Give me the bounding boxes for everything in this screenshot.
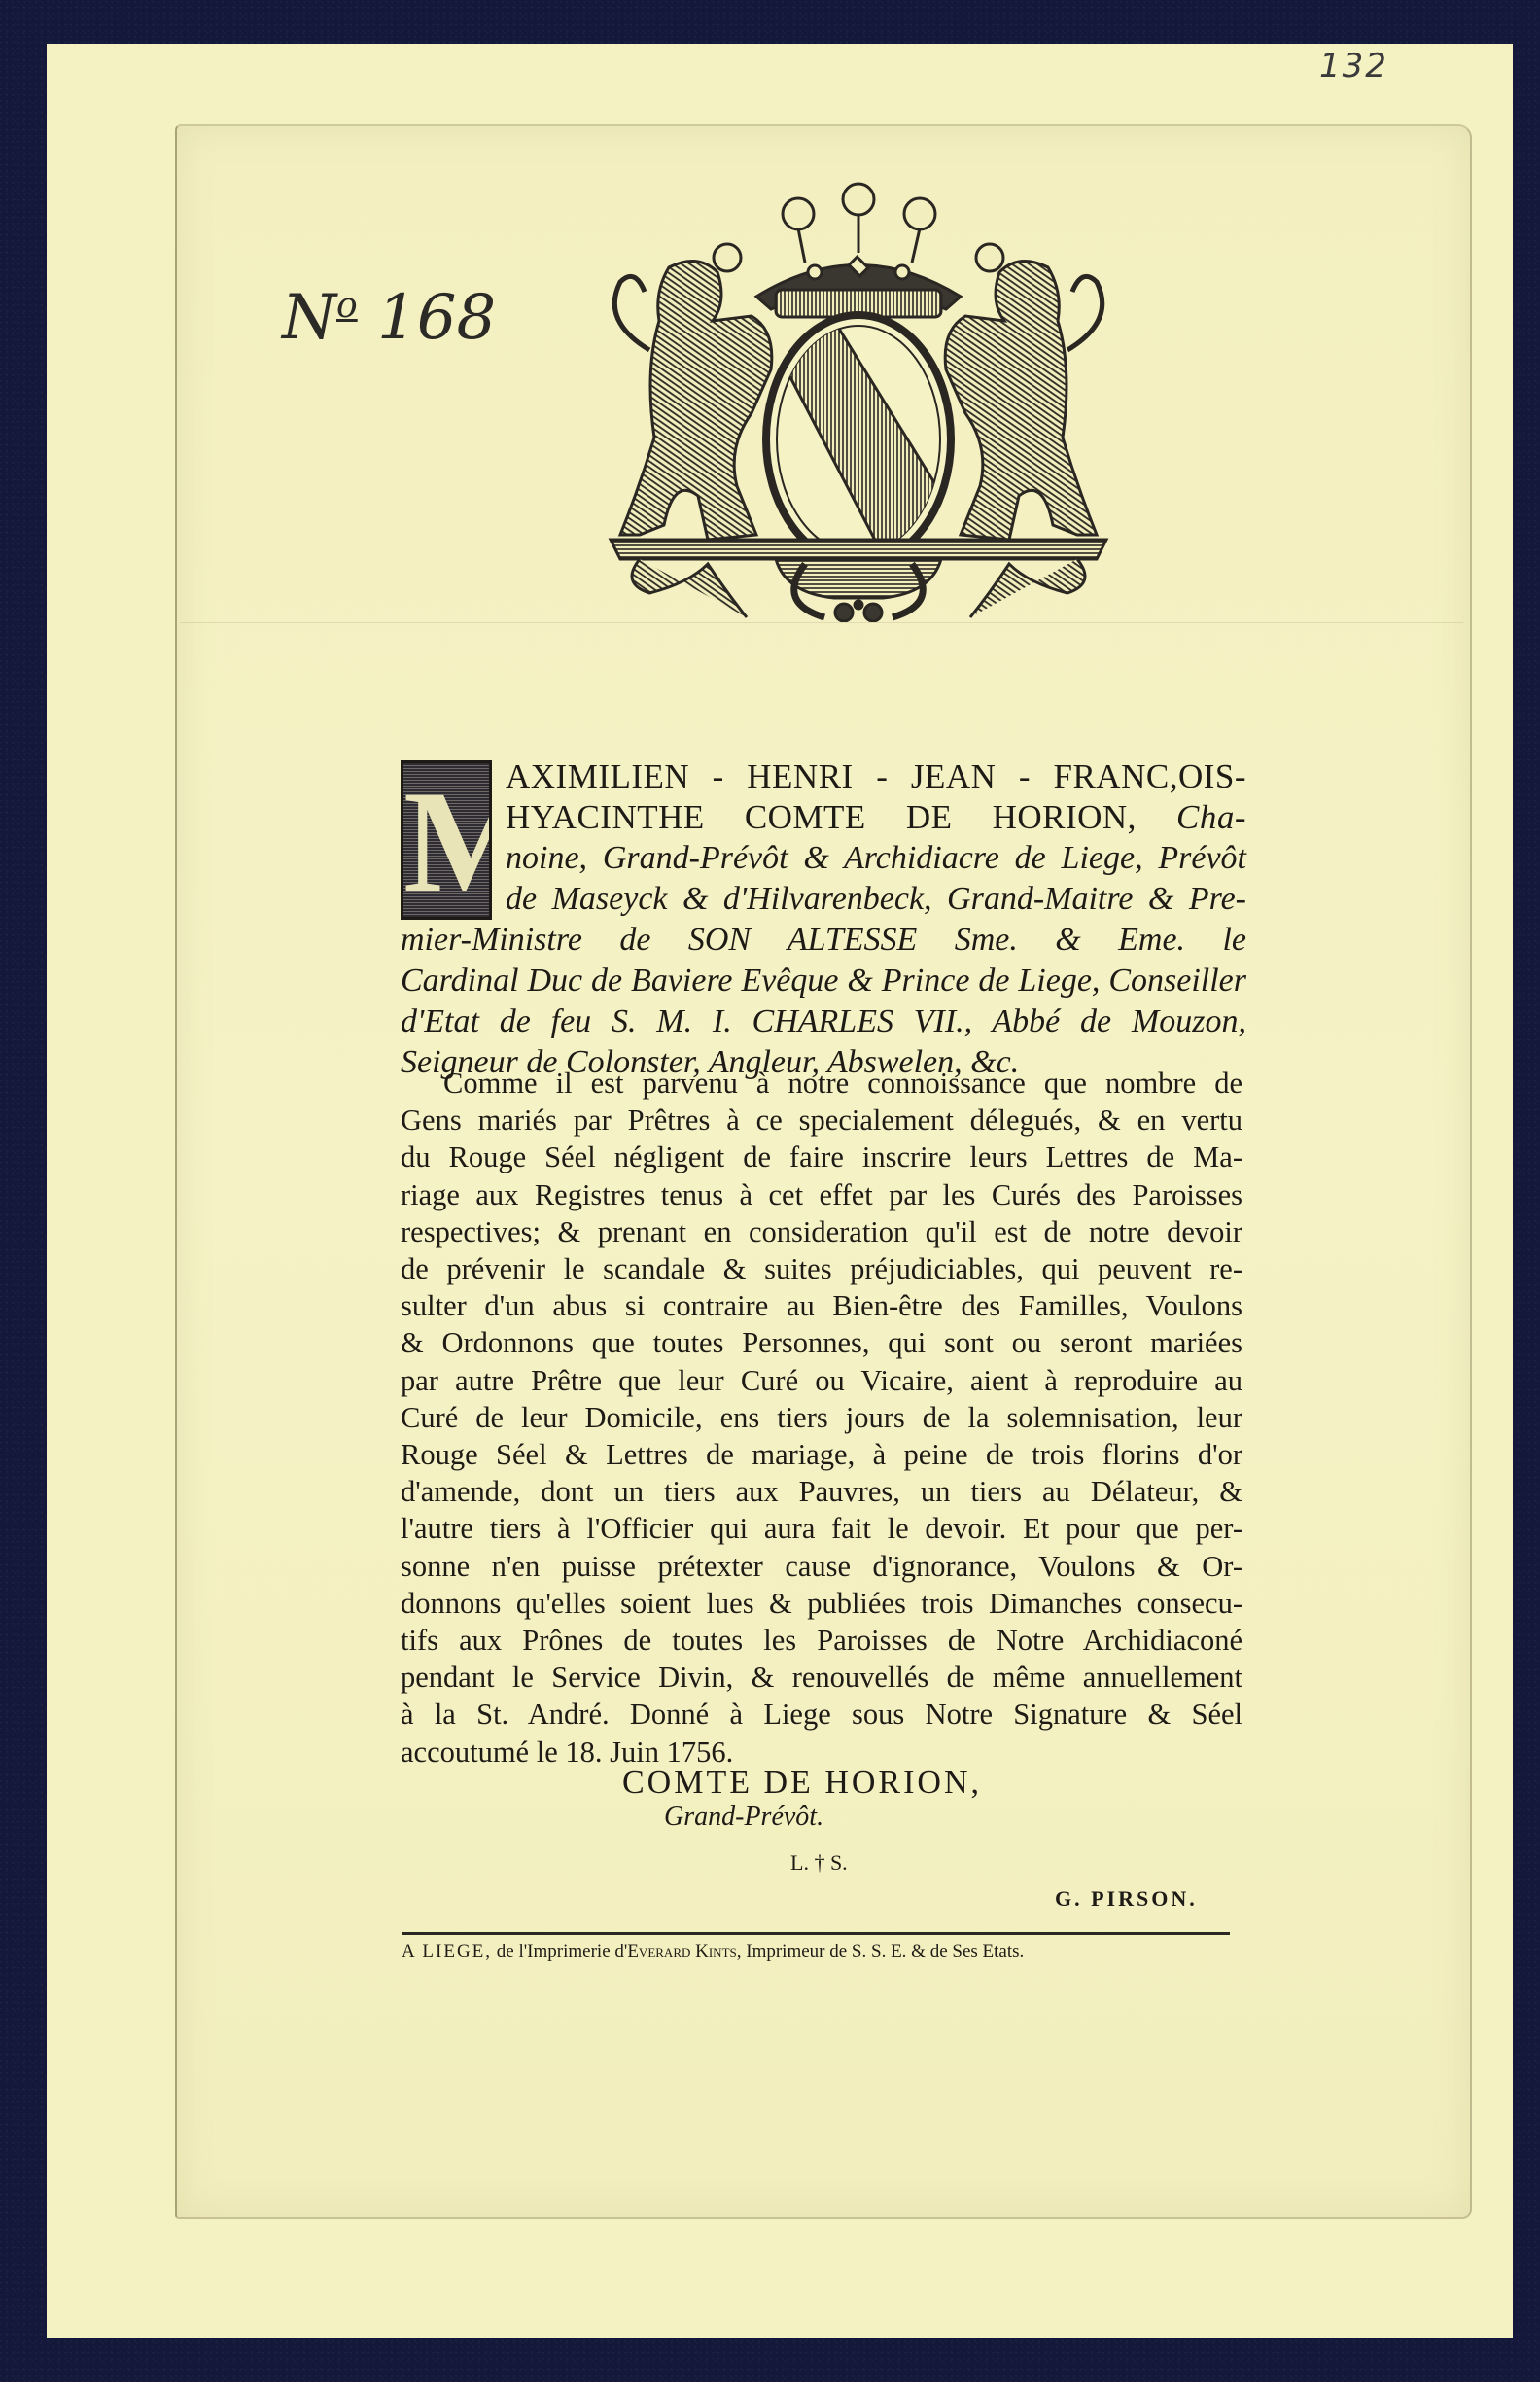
seal-mark: L. † S. <box>790 1850 848 1875</box>
signatory-title: Grand-Prévôt. <box>664 1802 823 1833</box>
heading-line: mier-Ministre de SON ALTESSE Sme. & Eme.… <box>401 920 1246 961</box>
body-line: pendant le Service Divin, & renouvellés … <box>401 1659 1242 1696</box>
body-line: riage aux Registres tenus à cet effet pa… <box>401 1176 1242 1213</box>
body-line: sonne n'en puisse prétexter cause d'igno… <box>401 1548 1242 1585</box>
ordinance-body: Comme il est parvenu à notre connoissanc… <box>401 1065 1242 1770</box>
body-line: respectives; & prenant en consideration … <box>401 1213 1242 1250</box>
body-line: Comme il est parvenu à notre connoissanc… <box>401 1065 1242 1102</box>
cartouche-base <box>611 540 1106 621</box>
ordinance-heading: M AXIMILIEN - HENRI - JEAN - FRANC,OIS- … <box>401 756 1246 1083</box>
heading-line: de Maseyck & d'Hilvarenbeck, Grand-Maitr… <box>401 879 1246 920</box>
body-line: par autre Prêtre que leur Curé ou Vicair… <box>401 1362 1242 1399</box>
imprint-divider <box>402 1932 1230 1935</box>
body-line: l'autre tiers à l'Officier qui aura fait… <box>401 1510 1242 1547</box>
shield <box>766 315 961 574</box>
body-line: du Rouge Séel négligent de faire inscrir… <box>401 1138 1242 1175</box>
body-line: d'amende, dont un tiers aux Pauvres, un … <box>401 1473 1242 1510</box>
heading-line: HYACINTHE COMTE DE HORION, Cha- <box>401 797 1246 838</box>
heading-line: d'Etat de feu S. M. I. CHARLES VII., Abb… <box>401 1001 1246 1042</box>
heading-line: Cardinal Duc de Baviere Evêque & Prince … <box>401 961 1246 1001</box>
body-line: tifs aux Prônes de toutes les Paroisses … <box>401 1622 1242 1659</box>
body-line: Gens mariés par Prêtres à ce specialemen… <box>401 1102 1242 1138</box>
body-line: à la St. André. Donné à Liege sous Notre… <box>401 1696 1242 1733</box>
signatory-name: COMTE DE HORION, <box>622 1765 982 1802</box>
lion-supporter-right <box>945 262 1102 540</box>
body-line: Curé de leur Domicile, ens tiers jours d… <box>401 1399 1242 1436</box>
body-line: de prévenir le scandale & suites préjudi… <box>401 1250 1242 1287</box>
body-line: sulter d'un abus si contraire au Bien-êt… <box>401 1287 1242 1324</box>
printer-imprint: A LIEGE, de l'Imprimerie d'Everard Kints… <box>402 1942 1230 1963</box>
heading-line: noine, Grand-Prévôt & Archidiacre de Lie… <box>401 838 1246 879</box>
handwritten-item-number: No 168 <box>282 282 496 354</box>
body-line: & Ordonnons que toutes Personnes, qui so… <box>401 1324 1242 1361</box>
archive-folio-number: 132 <box>1319 47 1388 86</box>
lion-supporter-left <box>614 262 772 540</box>
coronet <box>714 184 1003 317</box>
ornamental-dropcap: M <box>401 760 492 920</box>
heading-line: AXIMILIEN - HENRI - JEAN - FRANC,OIS- <box>401 756 1246 797</box>
coat-of-arms-icon <box>581 175 1136 622</box>
fold-crease <box>180 622 1463 623</box>
body-line: Rouge Séel & Lettres de mariage, à peine… <box>401 1436 1242 1473</box>
body-line: donnons qu'elles soient lues & publiées … <box>401 1585 1242 1622</box>
secretary-signature: G. PIRSON. <box>1055 1886 1198 1911</box>
